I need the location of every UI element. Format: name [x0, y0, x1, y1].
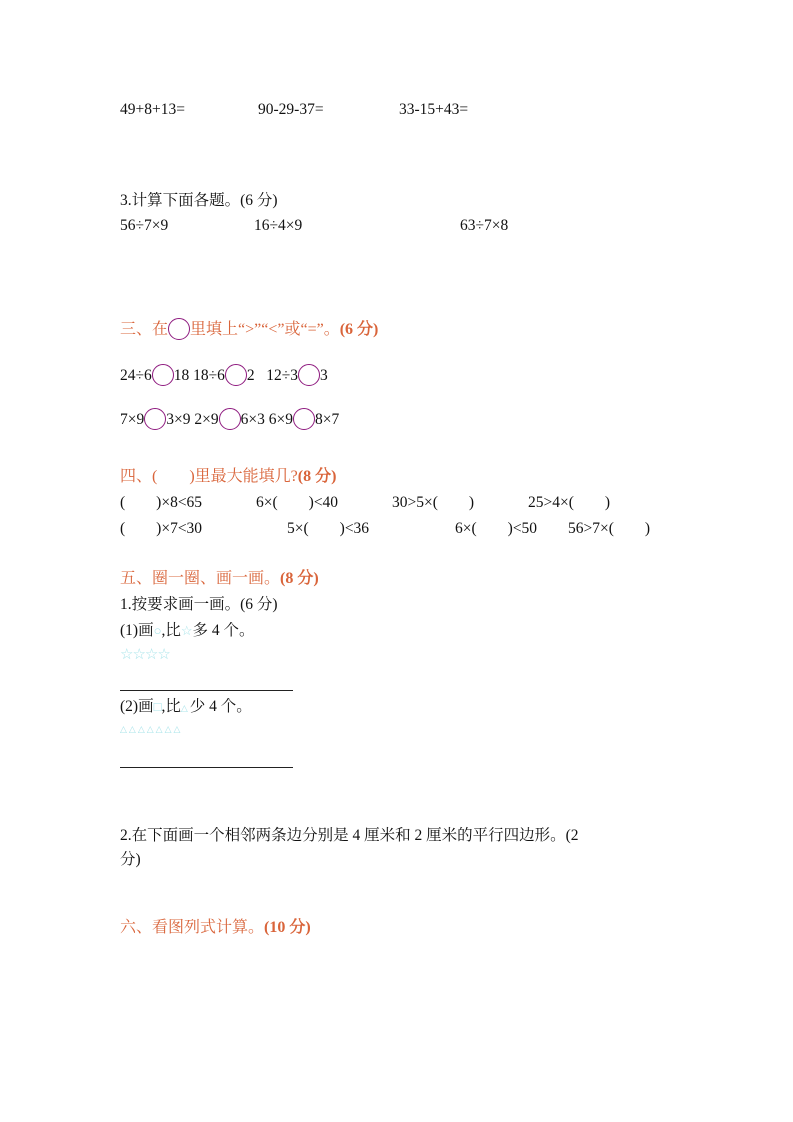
given-stars: ☆☆☆☆ — [120, 645, 170, 664]
compare-left: 2×9 — [194, 411, 218, 428]
section5-points: (8 分) — [280, 570, 319, 587]
section5-heading: 五、圈一圈、画一画。(8 分) — [120, 569, 319, 589]
answer-circle-input[interactable] — [144, 408, 166, 430]
compare-right: 8×7 — [315, 411, 339, 428]
part1-suffix: 多 4 个。 — [192, 622, 254, 639]
fill-row1-item4: 25>4×( ) — [528, 493, 610, 513]
expression-1: 49+8+13= — [120, 100, 185, 120]
part2-mid: ,比 — [161, 698, 180, 715]
compare-left: 18÷6 — [193, 367, 225, 384]
expression-3: 33-15+43= — [399, 100, 468, 120]
compare-row-2: 7×93×9 2×96×3 6×98×7 — [120, 408, 339, 430]
fill-row1-item2: 6×( )<40 — [256, 493, 338, 513]
triangle-shape-icon: △ — [181, 703, 190, 713]
compare-right: 6×3 — [241, 411, 265, 428]
answer-circle-input[interactable] — [152, 364, 174, 386]
part2-suffix: 少 4 个。 — [190, 698, 252, 715]
fill-row2-item1: ( )×7<30 — [120, 519, 202, 539]
fill-row1-item1: ( )×8<65 — [120, 493, 202, 513]
star-shape-icon: ☆ — [181, 623, 193, 638]
section3-heading: 三、在里填上“>”“<”或“=”。(6 分) — [120, 318, 378, 340]
compare-left: 24÷6 — [120, 367, 152, 384]
compare-right: 18 — [174, 367, 190, 384]
answer-line-2[interactable] — [120, 767, 293, 768]
fill-row2-item3: 6×( )<50 — [455, 519, 537, 539]
answer-circle-input[interactable] — [225, 364, 247, 386]
compare-right: 2 — [247, 367, 255, 384]
section6-heading: 六、看图列式计算。(10 分) — [120, 918, 311, 938]
compare-left: 7×9 — [120, 411, 144, 428]
answer-circle-input[interactable] — [293, 408, 315, 430]
compare-row-1: 24÷618 18÷62 12÷33 — [120, 364, 328, 386]
fill-row1-item3: 30>5×( ) — [392, 493, 474, 513]
part1-prefix: (1)画 — [120, 622, 154, 639]
section4-heading-text: 四、( )里最大能填几? — [120, 468, 298, 485]
section5-heading-text: 五、圈一圈、画一画。 — [120, 570, 280, 587]
given-triangles: △△△△△△△ — [120, 724, 182, 735]
section3-points: (6 分) — [340, 321, 379, 338]
part2-prefix: (2)画 — [120, 698, 154, 715]
q5-1-title: 1.按要求画一画。(6 分) — [120, 595, 278, 615]
part1-mid: ,比 — [161, 622, 180, 639]
section4-points: (8 分) — [298, 468, 337, 485]
q3-expression-2: 16÷4×9 — [254, 216, 302, 236]
answer-circle-input[interactable] — [298, 364, 320, 386]
fill-row2-item2: 5×( )<36 — [287, 519, 369, 539]
q5-2-line2: 分) — [120, 850, 141, 870]
q3-title: 3.计算下面各题。(6 分) — [120, 191, 278, 211]
section3-heading-suffix: 里填上“>”“<”或“=”。 — [190, 321, 340, 338]
compare-left: 6×9 — [269, 411, 293, 428]
compare-right: 3×9 — [166, 411, 190, 428]
q3-expression-3: 63÷7×8 — [460, 216, 508, 236]
expression-2: 90-29-37= — [258, 100, 324, 120]
fill-row2-item4: 56>7×( ) — [568, 519, 650, 539]
section6-points: (10 分) — [264, 919, 311, 936]
section3-heading-prefix: 三、在 — [120, 321, 168, 338]
circle-icon — [168, 318, 190, 340]
compare-right: 3 — [320, 367, 328, 384]
answer-circle-input[interactable] — [219, 408, 241, 430]
q5-1-part2: (2)画□,比△少 4 个。 — [120, 697, 252, 718]
answer-line-1[interactable] — [120, 690, 293, 691]
section4-heading: 四、( )里最大能填几?(8 分) — [120, 467, 336, 487]
q5-1-part1: (1)画○,比☆多 4 个。 — [120, 621, 255, 641]
compare-left: 12÷3 — [266, 367, 298, 384]
q5-2-line1: 2.在下面画一个相邻两条边分别是 4 厘米和 2 厘米的平行四边形。(2 — [120, 826, 579, 846]
section6-heading-text: 六、看图列式计算。 — [120, 919, 264, 936]
q3-expression-1: 56÷7×9 — [120, 216, 168, 236]
